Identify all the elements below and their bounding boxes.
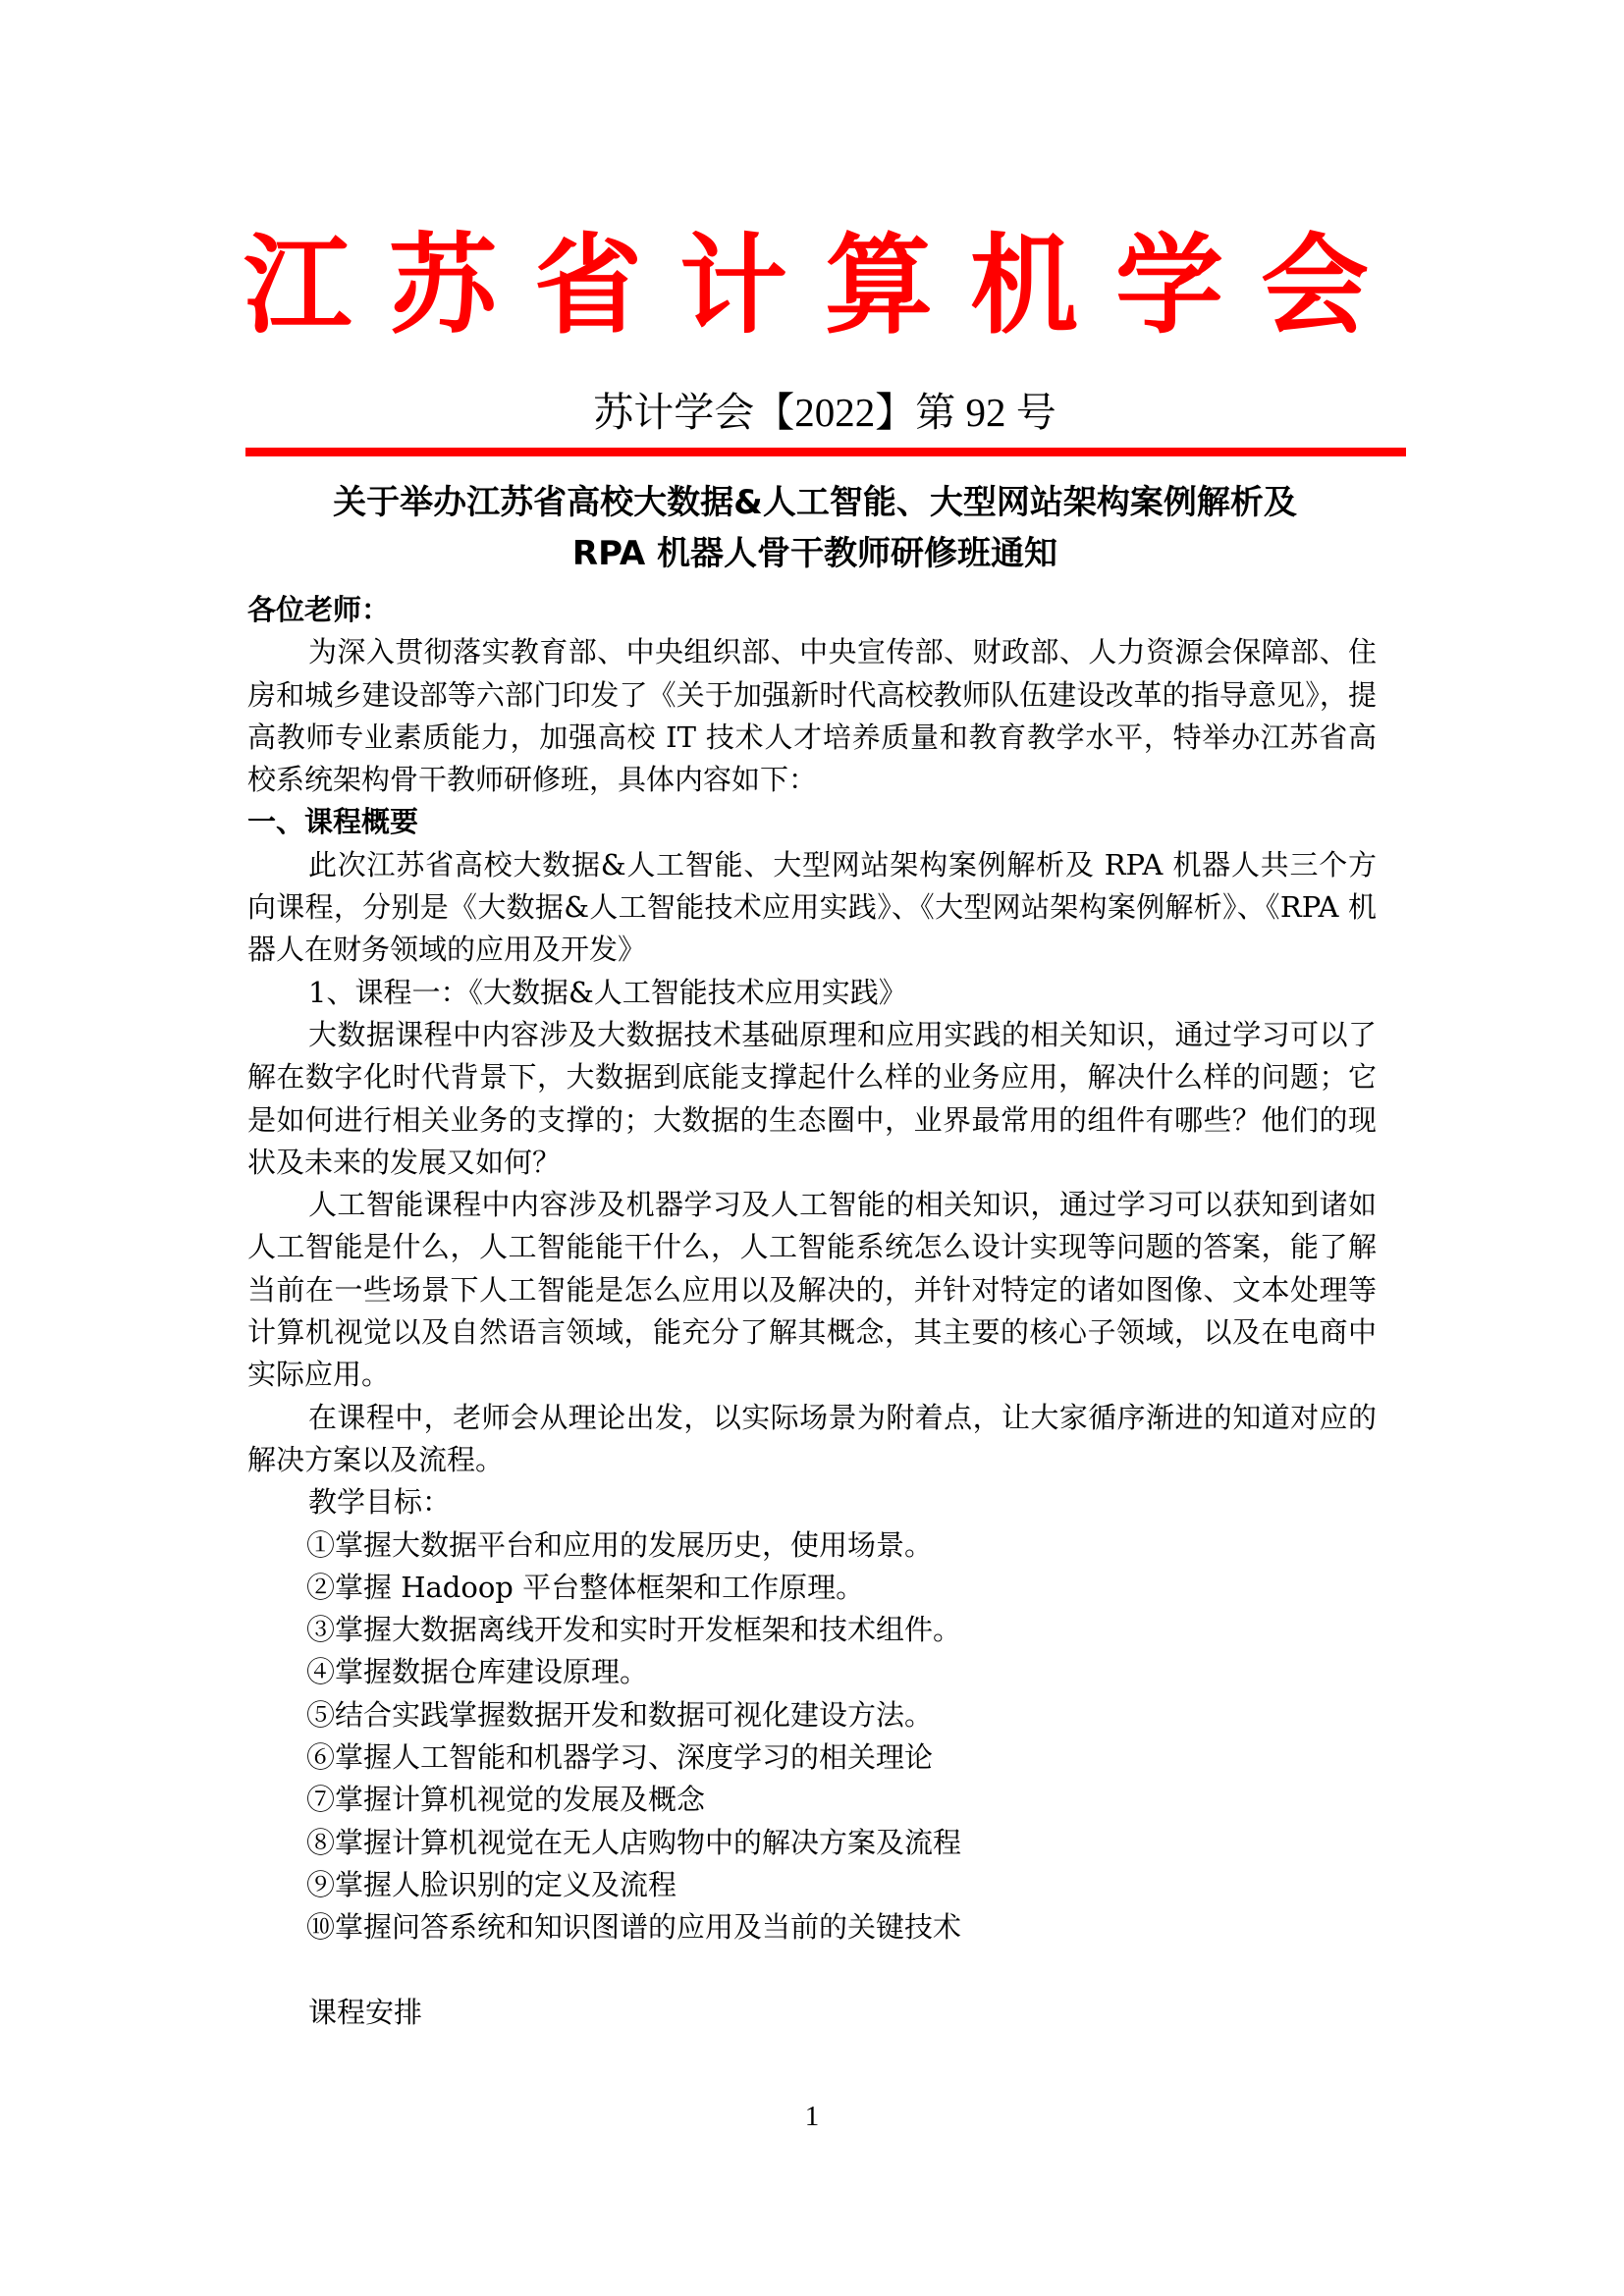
intro-paragraph: 为深入贯彻落实教育部、中央组织部、中央宣传部、财政部、人力资源会保障部、住房和城… [247, 631, 1377, 801]
goal-item: ⑨掌握人脸识别的定义及流程 [247, 1864, 1377, 1906]
blank-line [247, 1949, 1377, 1992]
document-body: 各位老师： 为深入贯彻落实教育部、中央组织部、中央宣传部、财政部、人力资源会保障… [247, 589, 1377, 2034]
greeting: 各位老师： [247, 589, 1377, 631]
course-overview-paragraph: 此次江苏省高校大数据&人工智能、大型网站架构案例解析及 RPA 机器人共三个方向… [247, 844, 1377, 972]
bigdata-paragraph: 大数据课程中内容涉及大数据技术基础原理和应用实践的相关知识，通过学习可以了解在数… [247, 1014, 1377, 1184]
goal-item: ④掌握数据仓库建设原理。 [247, 1651, 1377, 1693]
goal-item: ⑩掌握问答系统和知识图谱的应用及当前的关键技术 [247, 1906, 1377, 1949]
ai-paragraph: 人工智能课程中内容涉及机器学习及人工智能的相关知识，通过学习可以获知到诸如人工智… [247, 1184, 1377, 1396]
goal-item: ⑥掌握人工智能和机器学习、深度学习的相关理论 [247, 1736, 1377, 1779]
goal-item: ⑦掌握计算机视觉的发展及概念 [247, 1779, 1377, 1821]
approach-paragraph: 在课程中，老师会从理论出发，以实际场景为附着点，让大家循序渐进的知道对应的解决方… [247, 1397, 1377, 1482]
document-number: 苏计学会【2022】第 92 号 [245, 385, 1404, 440]
red-divider [245, 448, 1406, 456]
notice-title-line2: RPA 机器人骨干教师研修班通知 [245, 528, 1384, 579]
goal-item: ⑤结合实践掌握数据开发和数据可视化建设方法。 [247, 1694, 1377, 1736]
section-heading-course-overview: 一、课程概要 [247, 801, 1377, 843]
schedule-label: 课程安排 [247, 1992, 1377, 2034]
notice-title: 关于举办江苏省高校大数据&人工智能、大型网站架构案例解析及 RPA 机器人骨干教… [245, 477, 1384, 579]
goal-item: ③掌握大数据离线开发和实时开发框架和技术组件。 [247, 1609, 1377, 1651]
notice-title-line1: 关于举办江苏省高校大数据&人工智能、大型网站架构案例解析及 [245, 477, 1384, 528]
page-number: 1 [0, 2101, 1624, 2133]
course1-heading: 1、课程一：《大数据&人工智能技术应用实践》 [247, 972, 1377, 1014]
goals-label: 教学目标： [247, 1481, 1377, 1523]
organization-title: 江苏省计算机学会 [244, 222, 1402, 349]
goal-item: ⑧掌握计算机视觉在无人店购物中的解决方案及流程 [247, 1822, 1377, 1864]
goal-item: ①掌握大数据平台和应用的发展历史，使用场景。 [247, 1524, 1377, 1567]
goal-item: ②掌握 Hadoop 平台整体框架和工作原理。 [247, 1567, 1377, 1609]
